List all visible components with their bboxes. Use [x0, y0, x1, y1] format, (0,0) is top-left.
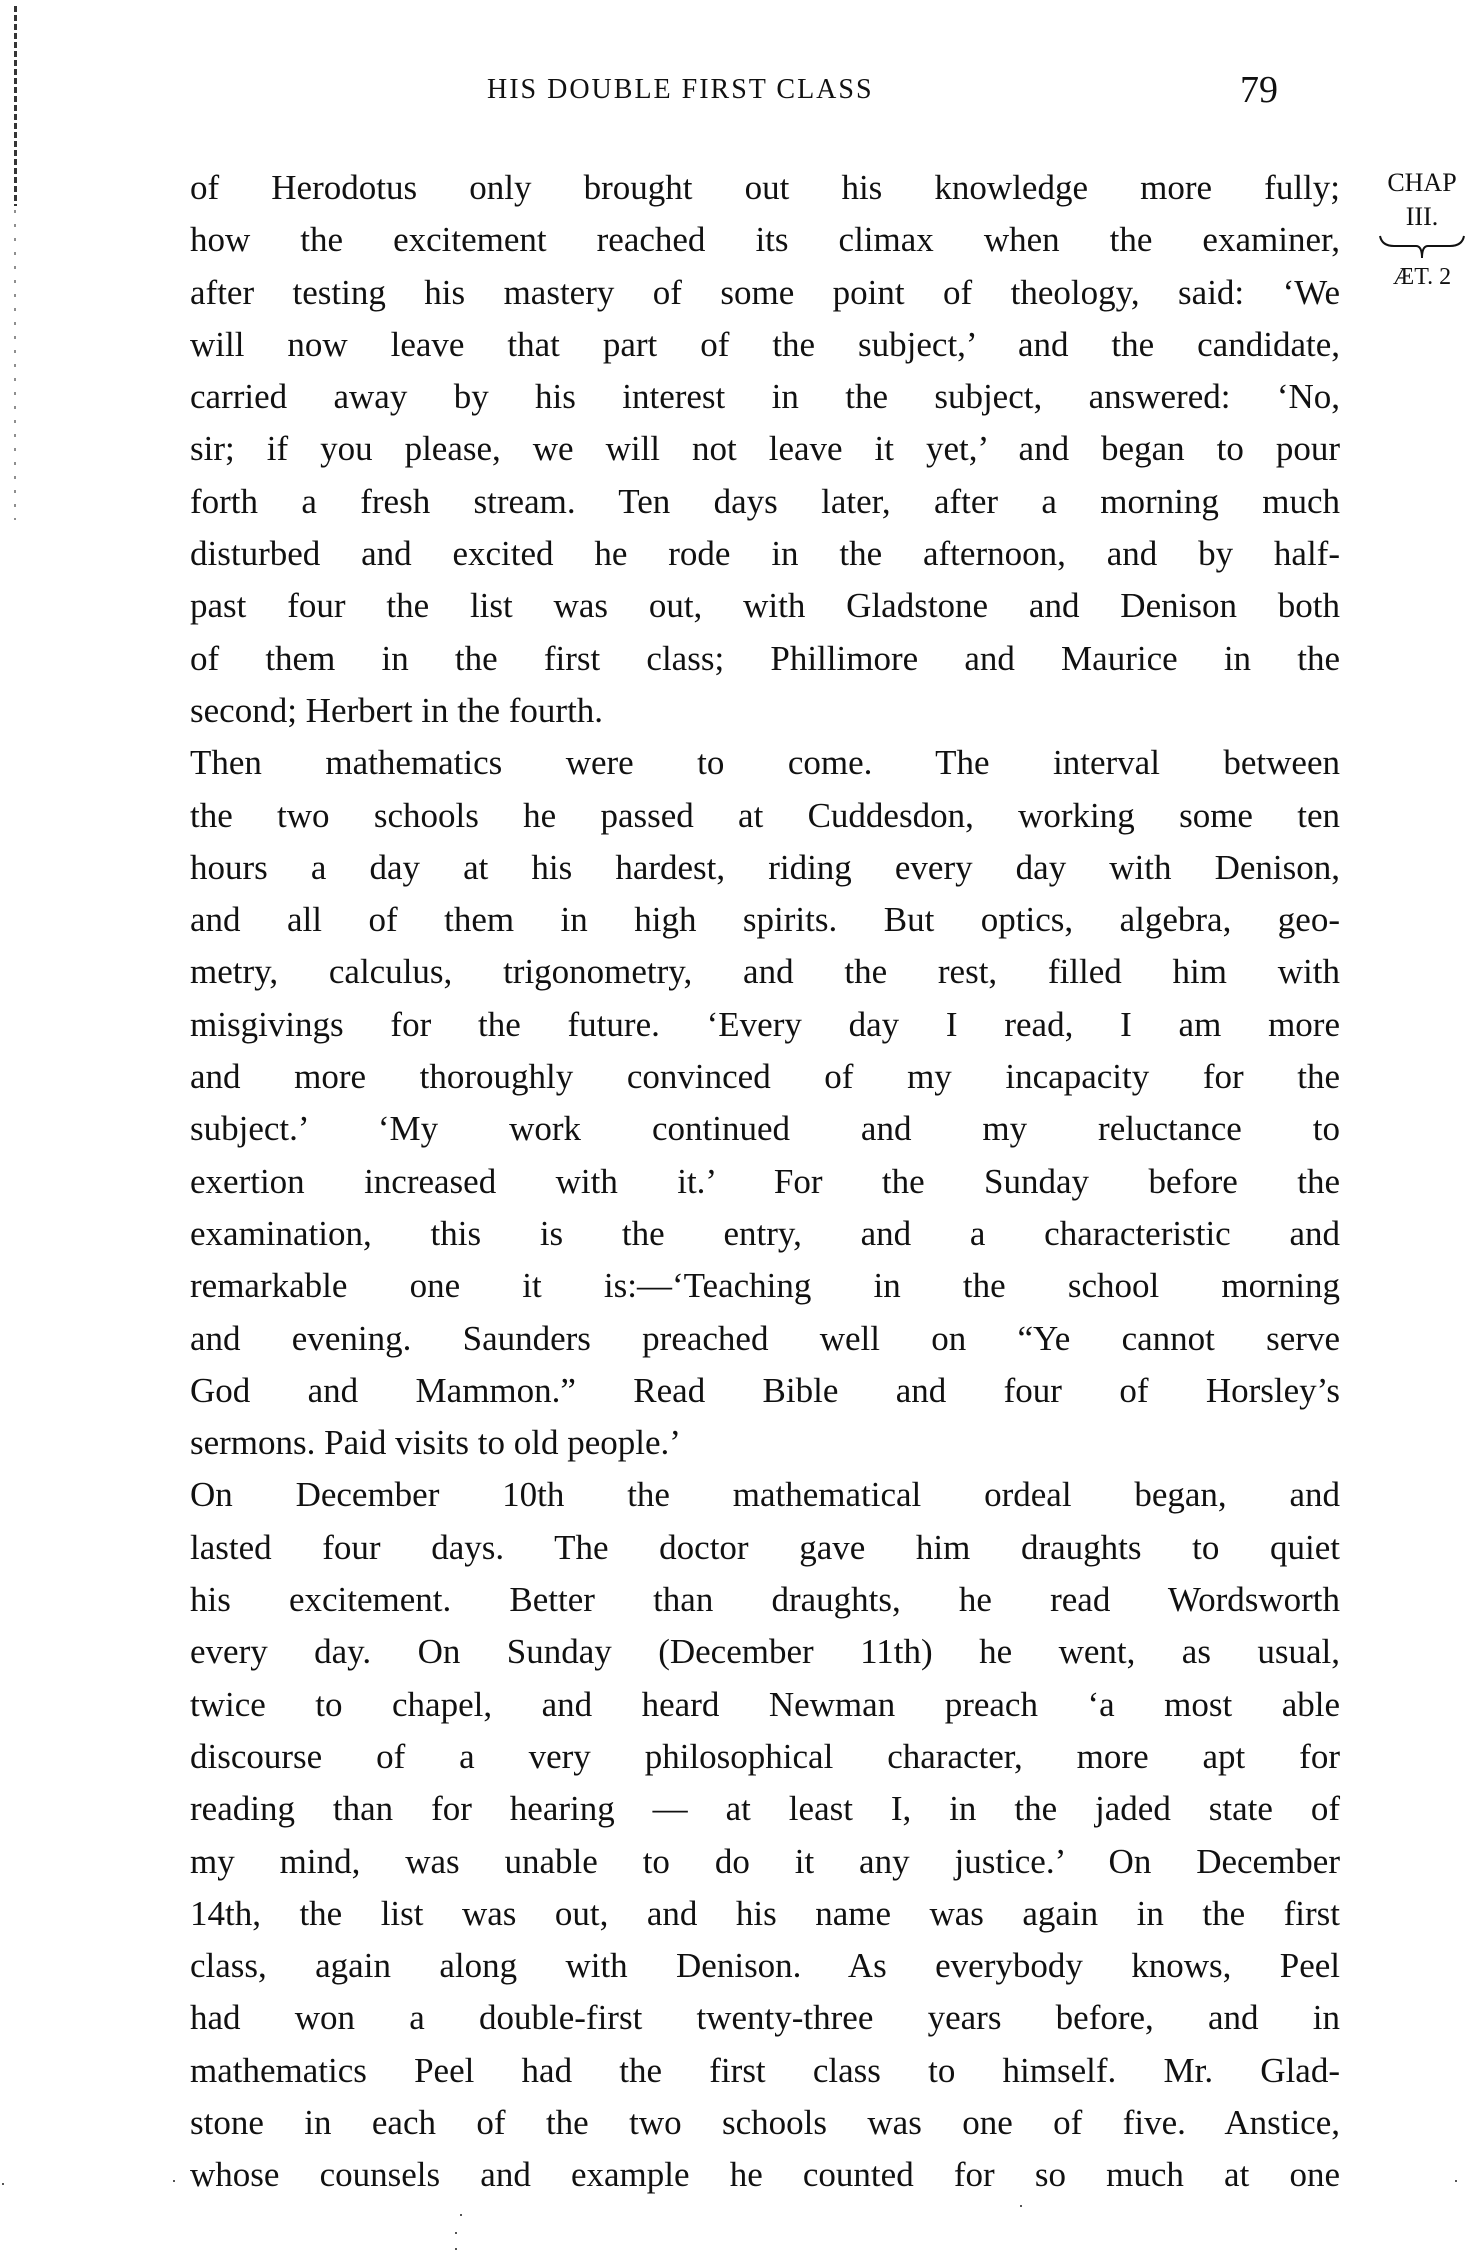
text-line: and more thoroughly convinced of my inca…	[190, 1051, 1340, 1103]
scan-speck	[1020, 2205, 1022, 2207]
text-line: disturbed and excited he rode in the aft…	[190, 528, 1340, 580]
text-line: forth a fresh stream. Ten days later, af…	[190, 476, 1340, 528]
text-line: sir; if you please, we will not leave it…	[190, 423, 1340, 475]
text-line: metry, calculus, trigonometry, and the r…	[190, 946, 1340, 998]
text-line: Then mathematics were to come. The inter…	[190, 737, 1340, 789]
text-line: subject.’ ‘My work continued and my relu…	[190, 1103, 1340, 1155]
text-line: God and Mammon.” Read Bible and four of …	[190, 1365, 1340, 1417]
text-line: how the excitement reached its climax wh…	[190, 214, 1340, 266]
text-line: every day. On Sunday (December 11th) he …	[190, 1626, 1340, 1678]
text-line: On December 10th the mathematical ordeal…	[190, 1469, 1340, 1521]
text-line: misgivings for the future. ‘Every day I …	[190, 999, 1340, 1051]
scan-speck	[1455, 2180, 1457, 2182]
scan-speck	[460, 2214, 462, 2216]
text-line: second; Herbert in the fourth.	[190, 685, 1340, 737]
running-head: HIS DOUBLE FIRST CLASS 79	[190, 68, 1340, 118]
text-line: whose counsels and example he counted fo…	[190, 2149, 1340, 2201]
margin-chapter-number: III.	[1372, 200, 1469, 234]
text-line: mathematics Peel had the first class to …	[190, 2045, 1340, 2097]
text-line: of them in the first class; Phillimore a…	[190, 633, 1340, 685]
brace-icon	[1378, 234, 1466, 260]
text-line: past four the list was out, with Gladsto…	[190, 580, 1340, 632]
text-line: hours a day at his hardest, riding every…	[190, 842, 1340, 894]
text-line: remarkable one it is:—‘Teaching in the s…	[190, 1260, 1340, 1312]
text-line: the two schools he passed at Cuddesdon, …	[190, 790, 1340, 842]
text-line: had won a double-first twenty-three year…	[190, 1992, 1340, 2044]
text-line: exertion increased with it.’ For the Sun…	[190, 1156, 1340, 1208]
text-line: his excitement. Better than draughts, he…	[190, 1574, 1340, 1626]
scan-edge-artifact	[14, 6, 17, 206]
text-line: examination, this is the entry, and a ch…	[190, 1208, 1340, 1260]
body-text: of Herodotus only brought out his knowle…	[190, 162, 1340, 2202]
scan-speck	[173, 2180, 175, 2182]
text-line: reading than for hearing — at least I, i…	[190, 1783, 1340, 1835]
text-line: and all of them in high spirits. But opt…	[190, 894, 1340, 946]
margin-note: CHAP III. ÆT. 2	[1372, 166, 1469, 294]
text-line: after testing his mastery of some point …	[190, 267, 1340, 319]
margin-chapter: CHAP	[1372, 166, 1469, 200]
page-number: 79	[1240, 68, 1278, 112]
text-line: twice to chapel, and heard Newman preach…	[190, 1679, 1340, 1731]
text-line: my mind, was unable to do it any justice…	[190, 1836, 1340, 1888]
text-line: will now leave that part of the subject,…	[190, 319, 1340, 371]
margin-age: ÆT. 2	[1372, 260, 1469, 294]
text-line: of Herodotus only brought out his knowle…	[190, 162, 1340, 214]
scan-speck	[455, 2232, 457, 2234]
text-line: lasted four days. The doctor gave him dr…	[190, 1522, 1340, 1574]
text-line: class, again along with Denison. As ever…	[190, 1940, 1340, 1992]
text-line: discourse of a very philosophical charac…	[190, 1731, 1340, 1783]
text-line: and evening. Saunders preached well on “…	[190, 1313, 1340, 1365]
text-line: stone in each of the two schools was one…	[190, 2097, 1340, 2149]
scan-speck	[2, 2183, 4, 2185]
scan-speck	[455, 2248, 457, 2250]
running-head-title: HIS DOUBLE FIRST CLASS	[487, 74, 874, 106]
text-line: carried away by his interest in the subj…	[190, 371, 1340, 423]
text-line: 14th, the list was out, and his name was…	[190, 1888, 1340, 1940]
scan-edge-artifact	[14, 210, 16, 520]
text-line: sermons. Paid visits to old people.’	[190, 1417, 1340, 1469]
